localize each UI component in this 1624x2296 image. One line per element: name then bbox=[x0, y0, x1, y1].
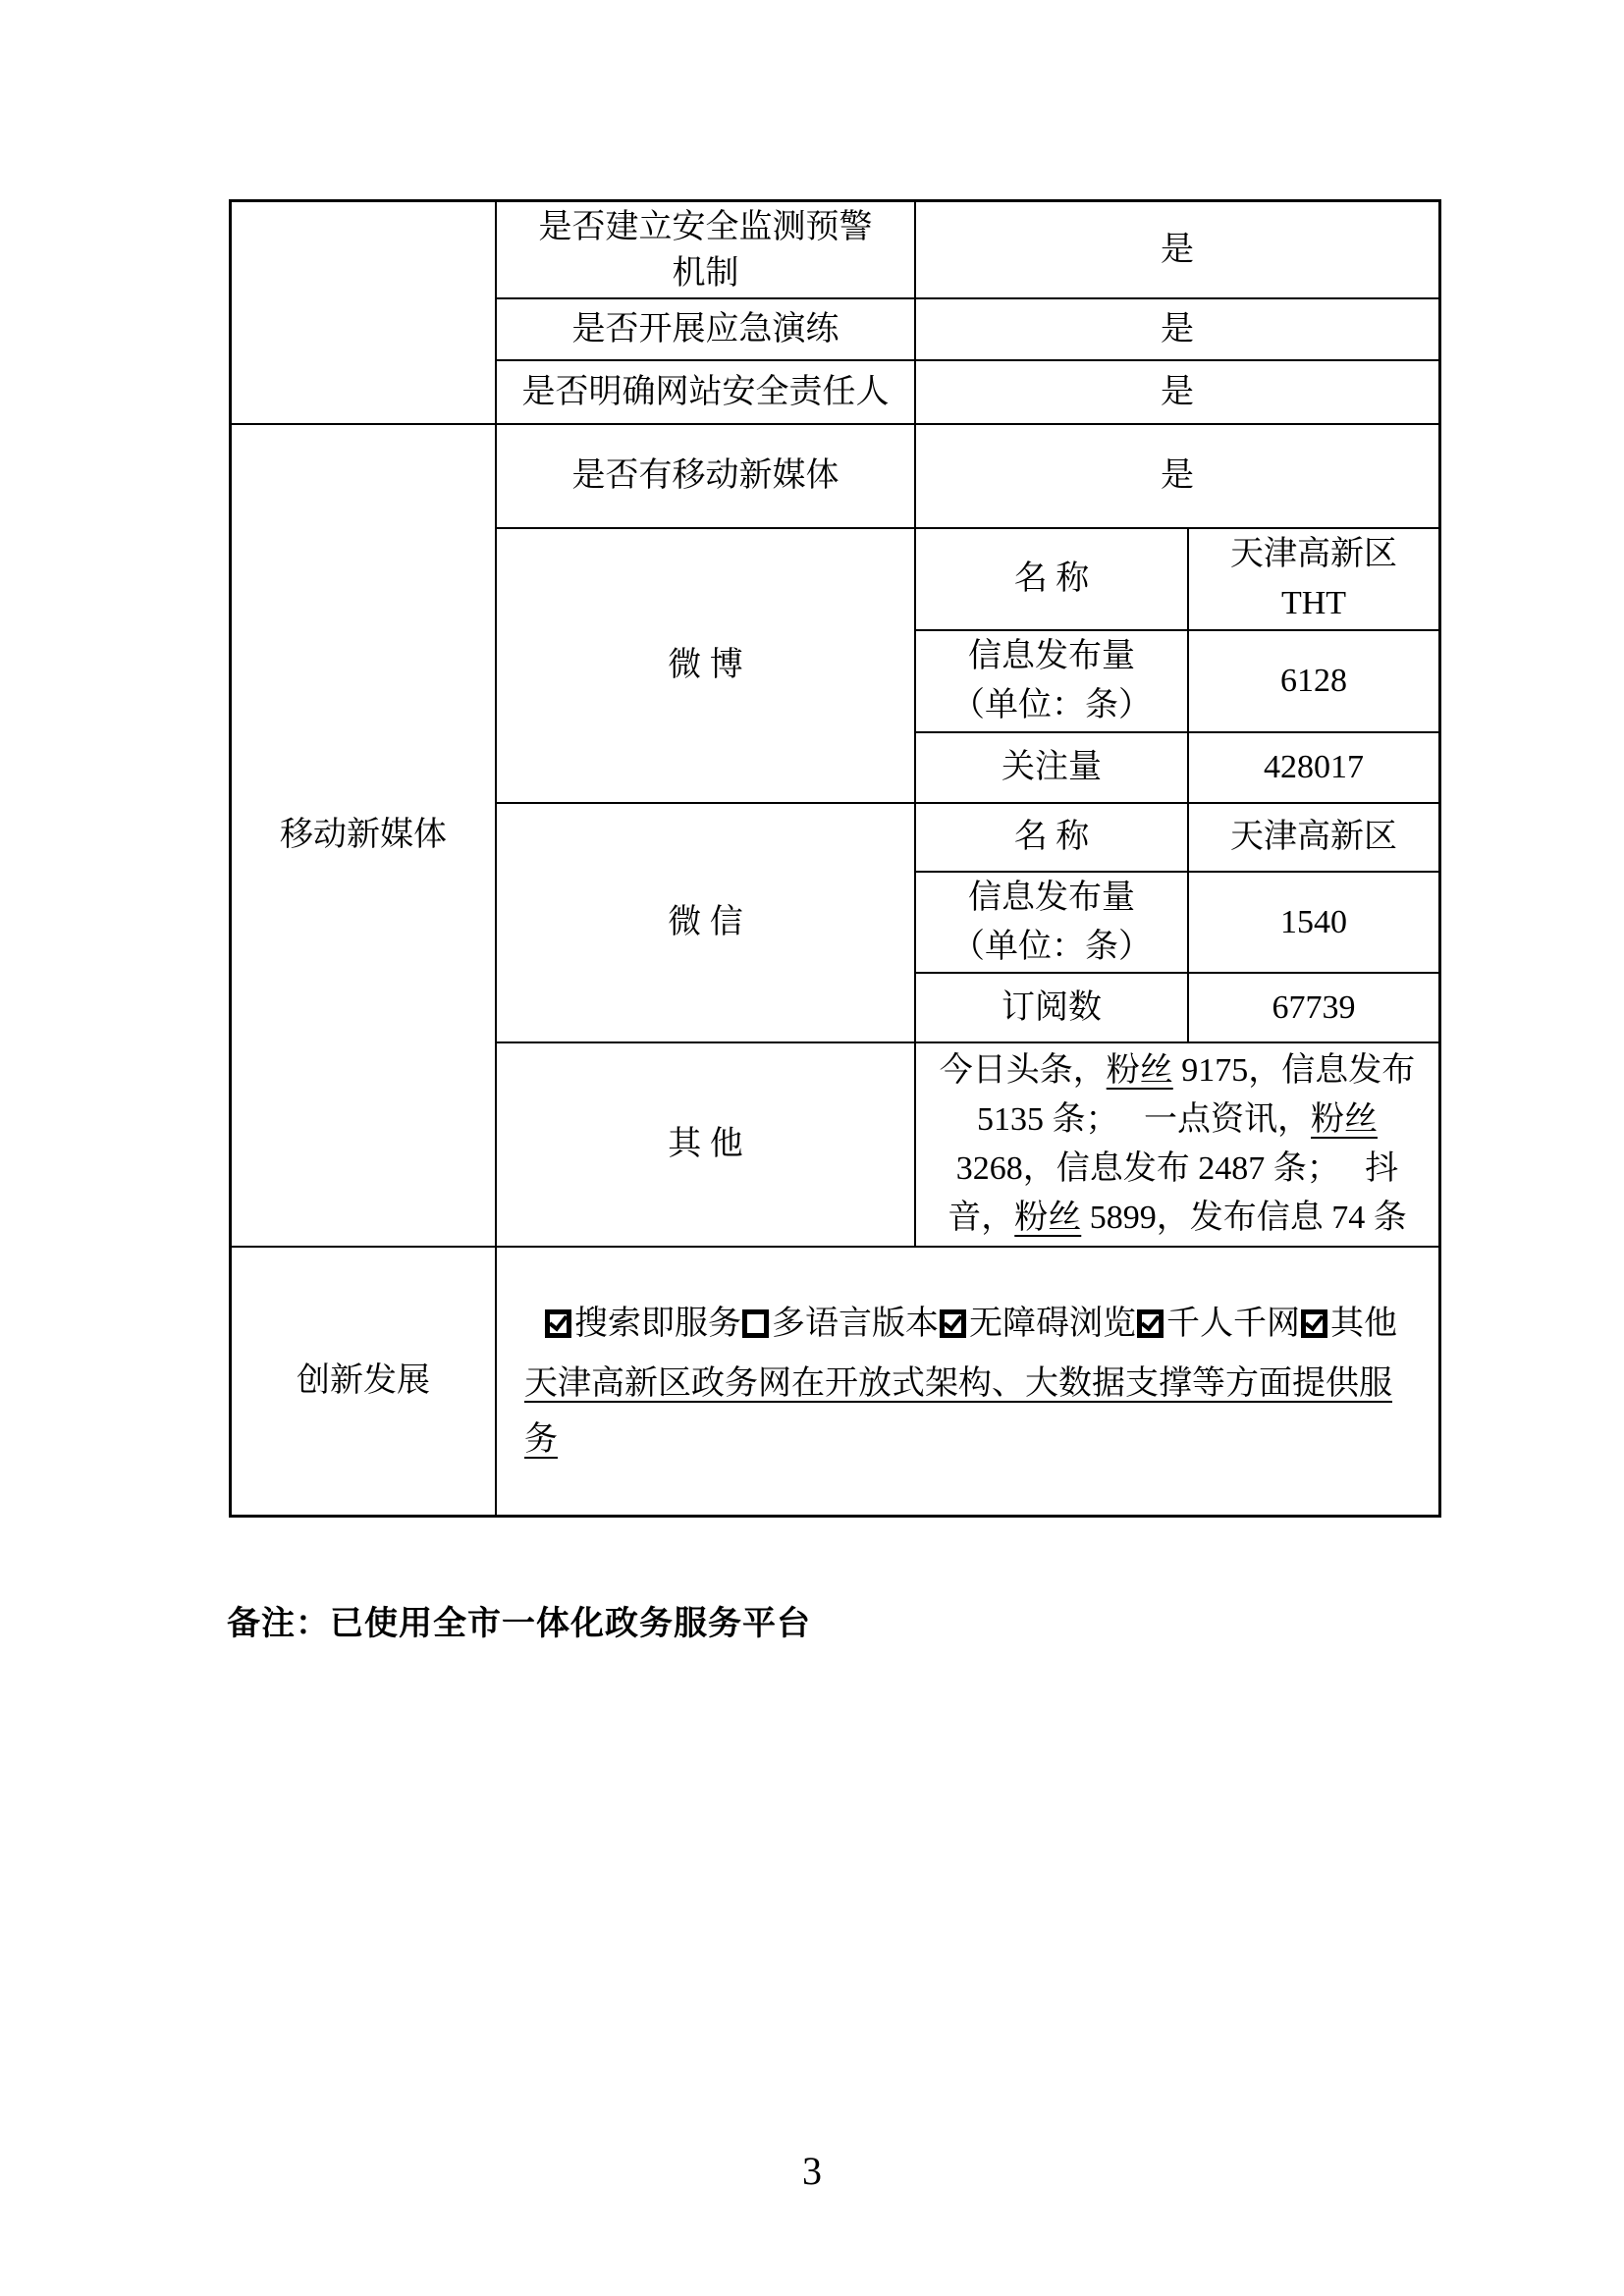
weibo-label-cell: 微 博 bbox=[497, 529, 916, 804]
section-label: 创新发展 bbox=[297, 1358, 430, 1405]
other-text: 5135 条； 一点资讯， bbox=[977, 1101, 1311, 1138]
other-text-underlined: 粉丝 bbox=[1014, 1200, 1081, 1236]
question-cell-has-mobile: 是否有移动新媒体 bbox=[497, 425, 916, 529]
metric-label-cell-wechat-subscribers: 订阅数 bbox=[916, 974, 1189, 1043]
option-label: 千人千网 bbox=[1166, 1306, 1300, 1342]
metric-value: 天津高新区 bbox=[1230, 814, 1397, 861]
answer-text: 是 bbox=[1161, 227, 1194, 274]
section-label: 移动新媒体 bbox=[280, 812, 447, 859]
metric-value: 428017 bbox=[1264, 744, 1364, 791]
metric-label: （单位：条） bbox=[951, 681, 1152, 730]
checkbox-checked-icon bbox=[1301, 1309, 1327, 1338]
other-text: 5899，发布信息 74 条 bbox=[1081, 1200, 1407, 1236]
metric-value-cell-wechat-subscribers: 67739 bbox=[1189, 974, 1438, 1043]
checkbox-checked-icon bbox=[1137, 1309, 1164, 1338]
metric-label: （单位：条） bbox=[951, 923, 1152, 972]
option-label: 无障碍浏览 bbox=[969, 1306, 1136, 1342]
other-line: 音，粉丝 5899，发布信息 74 条 bbox=[947, 1194, 1407, 1243]
other-line: 今日头条，粉丝 9175，信息发布 bbox=[940, 1046, 1416, 1095]
metric-value-cell-wechat-name: 天津高新区 bbox=[1189, 804, 1438, 873]
metric-label: 名 称 bbox=[1014, 814, 1090, 861]
metric-label: 名 称 bbox=[1014, 556, 1090, 603]
metric-value-cell-weibo-name: 天津高新区 THT bbox=[1189, 529, 1438, 631]
other-label: 其 他 bbox=[668, 1121, 743, 1168]
metric-value-cell-weibo-posts: 6128 bbox=[1189, 631, 1438, 733]
other-text: 3268，信息发布 2487 条； 抖 bbox=[956, 1150, 1399, 1187]
other-text-underlined: 粉丝 bbox=[1107, 1052, 1173, 1089]
innovation-content-cell: 搜索即服务多语言版本无障碍浏览千人千网其他 天津高新区政务网在开放式架构、大数据… bbox=[497, 1248, 1438, 1515]
other-text: 音， bbox=[947, 1200, 1014, 1236]
other-text: 今日头条， bbox=[940, 1052, 1107, 1089]
question-cell-responsible: 是否明确网站安全责任人 bbox=[497, 361, 916, 425]
other-line: 3268，信息发布 2487 条； 抖 bbox=[956, 1145, 1399, 1194]
section-label-cell-blank bbox=[232, 202, 497, 425]
other-label-cell: 其 他 bbox=[497, 1043, 916, 1248]
doc-page: 是否建立安全监测预警 机制 是 是否开展应急演练 是 是否明确网站安全责任人 是… bbox=[0, 0, 1624, 2296]
section-label-cell-mobile: 移动新媒体 bbox=[232, 425, 497, 1248]
other-content-cell: 今日头条，粉丝 9175，信息发布 5135 条； 一点资讯，粉丝 3268，信… bbox=[916, 1043, 1438, 1248]
answer-text: 是 bbox=[1161, 453, 1194, 500]
innovation-detail-line: 天津高新区政务网在开放式架构、大数据支撑等方面提供服 bbox=[524, 1356, 1392, 1412]
other-text: 9175，信息发布 bbox=[1173, 1052, 1416, 1089]
metric-label-cell-weibo-name: 名 称 bbox=[916, 529, 1189, 631]
section-label-cell-innovation: 创新发展 bbox=[232, 1248, 497, 1515]
checkbox-checked-icon bbox=[940, 1309, 966, 1338]
metric-label: 信息发布量 bbox=[968, 632, 1135, 681]
question-text: 是否明确网站安全责任人 bbox=[522, 369, 890, 416]
option-label: 其他 bbox=[1330, 1306, 1397, 1342]
option-label: 多语言版本 bbox=[772, 1306, 939, 1342]
wechat-label-cell: 微 信 bbox=[497, 804, 916, 1043]
question-cell-drill: 是否开展应急演练 bbox=[497, 299, 916, 361]
metric-value: 1540 bbox=[1280, 899, 1347, 946]
innovation-options-line: 搜索即服务多语言版本无障碍浏览千人千网其他 bbox=[544, 1296, 1397, 1352]
metric-label-cell-weibo-posts: 信息发布量 （单位：条） bbox=[916, 631, 1189, 733]
metric-value: THT bbox=[1281, 579, 1346, 628]
answer-cell-monitor: 是 bbox=[916, 202, 1438, 299]
answer-cell-responsible: 是 bbox=[916, 361, 1438, 425]
answer-text: 是 bbox=[1161, 369, 1194, 416]
question-text: 是否建立安全监测预警 bbox=[539, 204, 873, 250]
checkbox-unchecked-icon bbox=[742, 1309, 769, 1338]
metric-label: 关注量 bbox=[1001, 744, 1102, 791]
note-text: 备注：已使用全市一体化政务服务平台 bbox=[227, 1596, 811, 1644]
answer-text: 是 bbox=[1161, 306, 1194, 353]
metric-value: 天津高新区 bbox=[1230, 530, 1397, 579]
option-label: 搜索即服务 bbox=[574, 1306, 741, 1342]
metric-label-cell-weibo-followers: 关注量 bbox=[916, 733, 1189, 804]
metric-label: 订阅数 bbox=[1001, 985, 1102, 1032]
answer-cell-drill: 是 bbox=[916, 299, 1438, 361]
metric-label-cell-wechat-name: 名 称 bbox=[916, 804, 1189, 873]
innovation-detail-text: 天津高新区政务网在开放式架构、大数据支撑等方面提供服 bbox=[524, 1365, 1392, 1402]
metric-label: 信息发布量 bbox=[968, 874, 1135, 923]
page-number: 3 bbox=[0, 2148, 1624, 2194]
metric-value: 6128 bbox=[1280, 658, 1347, 705]
weibo-label: 微 博 bbox=[668, 642, 743, 689]
innovation-detail-text: 务 bbox=[524, 1421, 558, 1458]
other-line: 5135 条； 一点资讯，粉丝 bbox=[977, 1095, 1378, 1145]
answer-cell-has-mobile: 是 bbox=[916, 425, 1438, 529]
question-cell-monitor: 是否建立安全监测预警 机制 bbox=[497, 202, 916, 299]
metric-label-cell-wechat-posts: 信息发布量 （单位：条） bbox=[916, 873, 1189, 974]
report-table: 是否建立安全监测预警 机制 是 是否开展应急演练 是 是否明确网站安全责任人 是… bbox=[229, 199, 1441, 1518]
metric-value-cell-wechat-posts: 1540 bbox=[1189, 873, 1438, 974]
other-text-underlined: 粉丝 bbox=[1311, 1101, 1378, 1138]
question-text: 是否有移动新媒体 bbox=[572, 453, 839, 500]
metric-value: 67739 bbox=[1272, 985, 1356, 1032]
question-text: 是否开展应急演练 bbox=[572, 306, 839, 353]
question-text: 机制 bbox=[673, 250, 739, 296]
innovation-detail-line: 务 bbox=[524, 1412, 558, 1468]
wechat-label: 微 信 bbox=[668, 899, 743, 946]
checkbox-checked-icon bbox=[545, 1309, 571, 1338]
metric-value-cell-weibo-followers: 428017 bbox=[1189, 733, 1438, 804]
